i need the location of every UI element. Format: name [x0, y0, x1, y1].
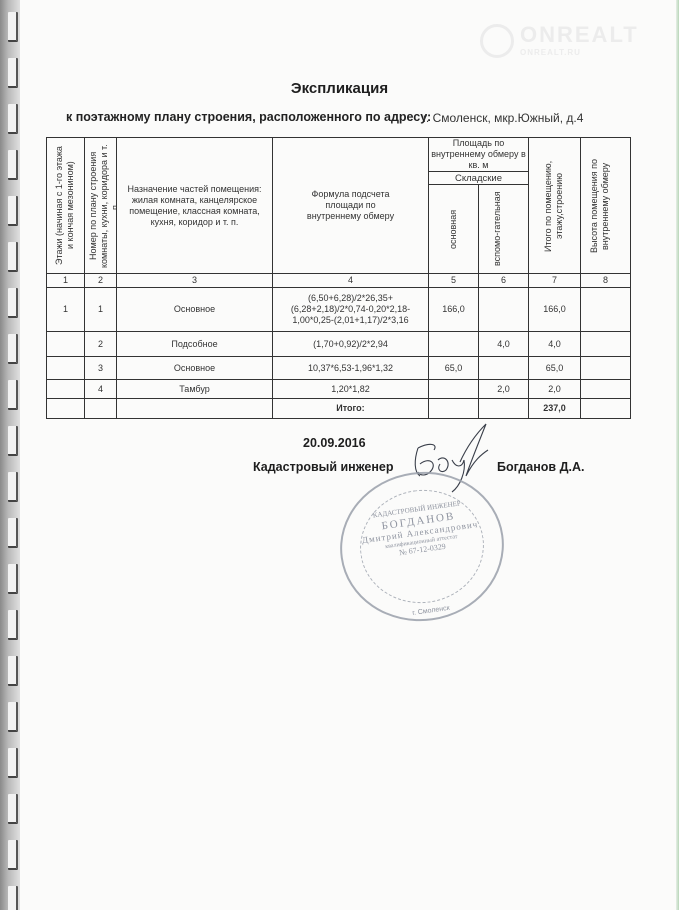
binding-hole: [8, 656, 18, 686]
binding-hole: [8, 334, 18, 364]
cell-number: 1: [85, 288, 117, 332]
header-main: основная: [429, 185, 479, 274]
header-total: Итого по помещению, этажу,строению: [529, 138, 581, 274]
property-address: г. Смоленск, мкр.Южный, д.4: [423, 111, 583, 125]
house-icon: [480, 24, 514, 58]
binding-hole: [8, 288, 18, 318]
cell-floor: 1: [47, 288, 85, 332]
watermark-sub: ONREALT.RU: [520, 48, 581, 57]
binding-hole: [8, 748, 18, 778]
explication-table: Этажи (начиная с 1-го этажа и кончая мез…: [46, 137, 631, 419]
cell-main: [429, 332, 479, 357]
cell-auxiliary: [479, 357, 529, 380]
cell-formula: (6,50+6,28)/2*26,35+(6,28+2,18)/2*0,74-0…: [273, 288, 429, 332]
cell-auxiliary: [479, 288, 529, 332]
cell-total: 2,0: [529, 380, 581, 399]
cell-number: 4: [85, 380, 117, 399]
signoff-name: Богданов Д.А.: [497, 460, 584, 474]
binding-hole: [8, 242, 18, 272]
binding-hole: [8, 196, 18, 226]
watermark: ONREALT ONREALT.RU: [480, 22, 670, 62]
header-room-number: Номер по плану строения комнаты, кухни, …: [85, 138, 117, 274]
cell-floor: [47, 332, 85, 357]
cell-formula: (1,70+0,92)/2*2,94: [273, 332, 429, 357]
header-purpose: Назначение частей помещения: жилая комна…: [117, 138, 273, 274]
cell-floor: [47, 380, 85, 399]
table-row: 3 Основное 10,37*6,53-1,96*1,32 65,0 65,…: [47, 357, 631, 380]
header-area-group: Площадь по внутреннему обмеру в кв. м: [429, 138, 529, 172]
cell-number: 2: [85, 332, 117, 357]
cell-main: [429, 380, 479, 399]
cell-formula: 1,20*1,82: [273, 380, 429, 399]
document-title: Экспликация: [0, 80, 679, 97]
cell-purpose: Тамбур: [117, 380, 273, 399]
binding-hole: [8, 380, 18, 410]
cell-height: [581, 357, 631, 380]
binding-hole: [8, 794, 18, 824]
table-row: 2 Подсобное (1,70+0,92)/2*2,94 4,0 4,0: [47, 332, 631, 357]
cell-main: 166,0: [429, 288, 479, 332]
document-subtitle: к поэтажному плану строения, расположенн…: [66, 110, 431, 124]
watermark-brand: ONREALT: [520, 22, 639, 48]
cell-height: [581, 288, 631, 332]
binding-hole: [8, 104, 18, 134]
cell-total: 166,0: [529, 288, 581, 332]
cell-main: 65,0: [429, 357, 479, 380]
cell-total: 4,0: [529, 332, 581, 357]
header-row: Этажи (начиная с 1-го этажа и кончая мез…: [47, 138, 631, 172]
cell-floor: [47, 357, 85, 380]
header-auxiliary: вспомо-гательная: [479, 185, 529, 274]
binding-hole: [8, 886, 18, 910]
signoff-role: Кадастровый инженер: [253, 460, 394, 474]
binding-hole: [8, 150, 18, 180]
header-floors: Этажи (начиная с 1-го этажа и кончая мез…: [47, 138, 85, 274]
totals-value: 237,0: [529, 399, 581, 419]
signoff-date: 20.09.2016: [303, 436, 366, 450]
ring-binding: [0, 0, 20, 910]
header-formula: Формула подсчета площади по внутреннему …: [273, 138, 429, 274]
column-number-row: 1 2 3 4 5 6 7 8: [47, 274, 631, 288]
binding-hole: [8, 518, 18, 548]
cell-purpose: Основное: [117, 288, 273, 332]
totals-label: Итого:: [273, 399, 429, 419]
cell-height: [581, 380, 631, 399]
cell-number: 3: [85, 357, 117, 380]
table-row: 1 1 Основное (6,50+6,28)/2*26,35+(6,28+2…: [47, 288, 631, 332]
table-row: 4 Тамбур 1,20*1,82 2,0 2,0: [47, 380, 631, 399]
binding-hole: [8, 702, 18, 732]
binding-hole: [8, 426, 18, 456]
cell-total: 65,0: [529, 357, 581, 380]
binding-hole: [8, 472, 18, 502]
header-storage: Складские: [429, 172, 529, 185]
binding-hole: [8, 840, 18, 870]
cell-auxiliary: 4,0: [479, 332, 529, 357]
cell-auxiliary: 2,0: [479, 380, 529, 399]
binding-hole: [8, 564, 18, 594]
cell-purpose: Основное: [117, 357, 273, 380]
totals-row: Итого: 237,0: [47, 399, 631, 419]
binding-hole: [8, 610, 18, 640]
cell-purpose: Подсобное: [117, 332, 273, 357]
cell-formula: 10,37*6,53-1,96*1,32: [273, 357, 429, 380]
cell-height: [581, 332, 631, 357]
header-height: Высота помещения по внутреннему обмеру: [581, 138, 631, 274]
binding-hole: [8, 12, 18, 42]
